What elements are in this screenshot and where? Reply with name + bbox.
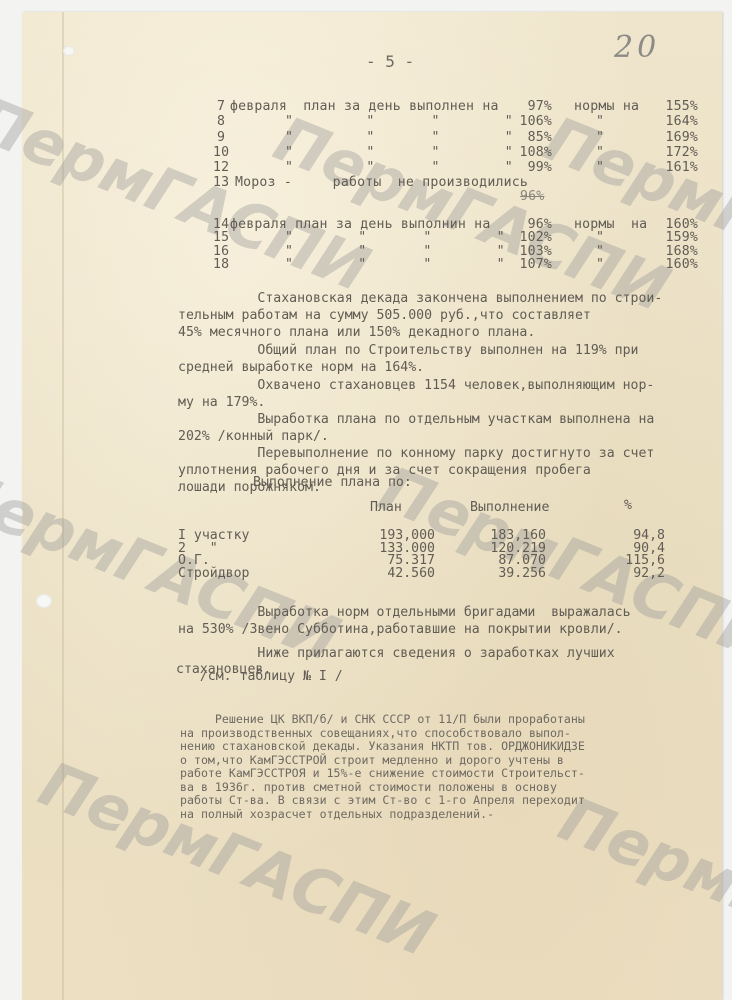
daily-row-norm-label: " [596,115,604,129]
daily-row-plan-pct: 85% [490,131,552,145]
daily-row-norm-label: " [596,131,604,145]
fold-crease [62,12,64,1000]
paragraph-stakhanovites: Охвачено стахановцев 1154 человек,выполн… [178,377,698,411]
daily-row-2-day: 18 [213,258,229,272]
paragraph-attachment: Ниже прилагаются сведения о заработках л… [178,645,698,662]
frost-day: 13 [213,176,229,190]
paragraph-general-plan: Общий план по Строительству выполнен на … [178,342,698,376]
punch-hole-middle [36,594,52,608]
row-done: 39.256 [478,568,546,581]
daily-row-plan-pct: 106% [490,115,552,129]
daily-row-2-norm-label: " [596,258,604,272]
daily-row-text: " " " " [285,146,513,160]
daily-row-norm-pct: 155% [650,100,698,114]
daily-row-text: " " " " [285,161,513,175]
paragraph-sections: Выработка плана по отдельным участкам вы… [178,411,698,445]
daily-row-text: февраля план за день выполнен на [230,100,499,114]
header-pct: % [624,500,632,513]
table-reference: /см. таблицу № I / [176,668,696,685]
row-plan: 42.560 [365,568,435,581]
daily-row-norm-pct: 164% [650,115,698,129]
archive-sheet-number: 20 [614,30,660,65]
daily-row-plan-pct: 97% [490,100,552,114]
paragraph-brigades: Выработка норм отдельными бригадами выра… [178,604,698,638]
header-done: Выполнение [470,502,549,515]
daily-row-2-norm-label: нормы на [574,218,647,232]
daily-row-text: " " " " [285,115,513,129]
daily-row-norm-label: нормы на [574,100,639,114]
struck-value: 96% [520,190,544,204]
daily-row-norm-pct: 161% [650,161,698,175]
row-name: Стройдвор [178,568,249,581]
daily-row-norm-pct: 172% [650,146,698,160]
daily-row-norm-label: " [596,146,604,160]
daily-row-day: 9 [217,131,225,145]
header-plan: План [370,502,402,515]
plan-table-caption: Выполнение плана по: [253,477,412,490]
daily-row-2-plan-pct: 107% [490,258,552,272]
page-number: - 5 - [366,52,414,71]
daily-row-text: " " " " [285,131,513,145]
daily-row-day: 12 [213,161,229,175]
daily-row-day: 10 [213,146,229,160]
daily-row-2-norm-pct: 160% [650,258,698,272]
row-pct: 92,2 [615,568,665,581]
frost-text: Мороз - работы не производились [235,176,528,190]
daily-row-norm-label: " [596,161,604,175]
daily-row-2-text: " " " " [285,258,505,272]
daily-row-plan-pct: 108% [490,146,552,160]
paragraph-resolution: Решение ЦК ВКП/б/ и СНК СССР от 11/П был… [180,713,585,821]
daily-row-plan-pct: 99% [490,161,552,175]
daily-row-norm-pct: 169% [650,131,698,145]
punch-hole-top [63,46,75,56]
daily-row-day: 8 [217,115,225,129]
paragraph-decade-result: Стахановская декада закончена выполнение… [178,290,698,341]
daily-row-day: 7 [217,100,225,114]
